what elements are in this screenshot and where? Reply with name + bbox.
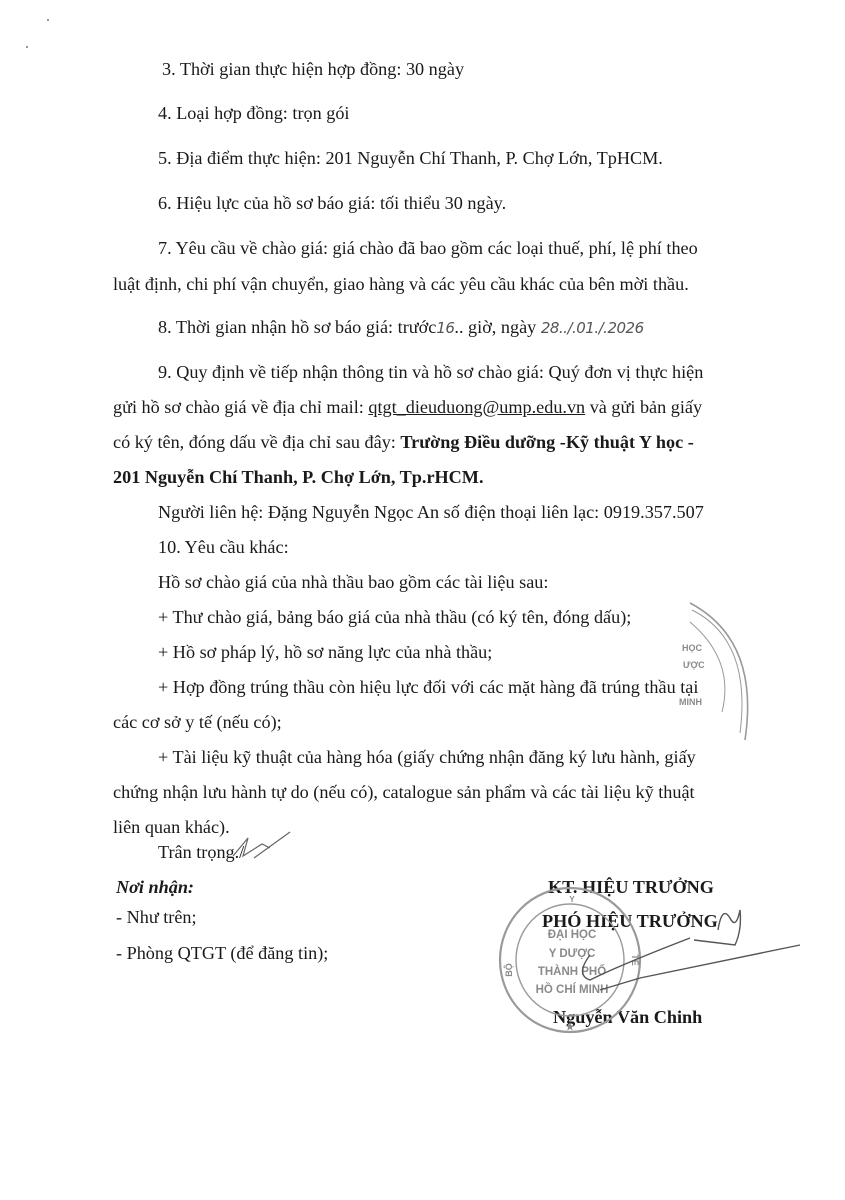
doc-item-4-line-1: + Tài liệu kỹ thuật của hàng hóa (giấy c… <box>158 746 696 768</box>
svg-text:HỒ CHÍ MINH: HỒ CHÍ MINH <box>536 983 609 996</box>
handwritten-year: 2026 <box>607 319 643 337</box>
item-9-line-2: gửi hồ sơ chào giá về địa chỉ mail: qtgt… <box>113 396 702 418</box>
contact-line: Người liên hệ: Đặng Nguyễn Ngọc An số đi… <box>158 501 704 523</box>
doc-item-2: + Hồ sơ pháp lý, hồ sơ năng lực của nhà … <box>158 641 492 663</box>
doc-item-4-line-3: liên quan khác). <box>113 816 230 838</box>
svg-text:MINH: MINH <box>679 697 702 707</box>
date-separator: ./. <box>594 319 607 337</box>
recipient-item: - Phòng QTGT (để đăng tin); <box>116 942 328 964</box>
svg-text:BỘ: BỘ <box>503 963 514 977</box>
doc-item-3-line-1: + Hợp đồng trúng thầu còn hiệu lực đối v… <box>158 676 698 698</box>
date-separator: ../. <box>559 319 576 337</box>
item-7-line-2: luật định, chi phí vận chuyển, giao hàng… <box>113 273 689 295</box>
docs-intro: Hồ sơ chào giá của nhà thầu bao gồm các … <box>158 571 548 593</box>
recipient-item: - Như trên; <box>116 906 197 928</box>
item-9-line-2-suffix: và gửi bản giấy <box>585 397 702 417</box>
item-5: 5. Địa điểm thực hiện: 201 Nguyễn Chí Th… <box>158 147 663 169</box>
item-10: 10. Yêu cầu khác: <box>158 536 289 558</box>
svg-text:ƯỢC: ƯỢC <box>683 660 705 670</box>
item-4: 4. Loại hợp đồng: trọn gói <box>158 102 349 124</box>
item-6: 6. Hiệu lực của hồ sơ báo giá: tối thiểu… <box>158 192 506 214</box>
item-7-line-1: 7. Yêu cầu về chào giá: giá chào đã bao … <box>158 237 698 259</box>
svg-text:HỌC: HỌC <box>682 643 703 653</box>
item-3: 3. Thời gian thực hiện hợp đồng: 30 ngày <box>162 58 464 80</box>
svg-text:TẾ: TẾ <box>630 954 640 966</box>
handwritten-hour: 16 <box>436 319 454 337</box>
svg-text:THÀNH PHỐ: THÀNH PHỐ <box>538 964 606 978</box>
item-8: 8. Thời gian nhận hồ sơ báo giá: trước16… <box>158 316 644 339</box>
handwritten-month: 01 <box>576 319 594 337</box>
doc-item-1: + Thư chào giá, bảng báo giá của nhà thầ… <box>158 606 631 628</box>
doc-item-4-line-2: chứng nhận lưu hành tự do (nếu có), cata… <box>113 781 695 803</box>
scan-speck <box>26 46 28 48</box>
school-address: 201 Nguyễn Chí Thanh, P. Chợ Lớn, Tp.rHC… <box>113 466 484 488</box>
school-name: Trường Điều dưỡng -Kỹ thuật Y học - <box>400 432 693 452</box>
item-9-line-3-prefix: có ký tên, đóng dấu về địa chỉ sau đây: <box>113 432 400 452</box>
partial-stamp <box>690 603 748 740</box>
closing: Trân trọng./ <box>158 841 244 863</box>
item-8-prefix: 8. Thời gian nhận hồ sơ báo giá: trước <box>158 317 436 337</box>
stamps-and-signatures: HỌC ƯỢC MINH ĐẠI HỌC Y DƯỢC THÀNH PHỐ HỒ… <box>0 0 845 1200</box>
doc-item-3-line-2: các cơ sở y tế (nếu có); <box>113 711 282 733</box>
item-8-mid: .. giờ, ngày <box>454 317 540 337</box>
item-9-line-2-prefix: gửi hồ sơ chào giá về địa chỉ mail: <box>113 397 368 417</box>
signature-title-2: PHÓ HIỆU TRƯỞNG <box>542 910 718 932</box>
recipients-heading: Nơi nhận: <box>116 876 194 898</box>
item-9-line-3: có ký tên, đóng dấu về địa chỉ sau đây: … <box>113 431 694 453</box>
svg-text:Y DƯỢC: Y DƯỢC <box>549 948 596 960</box>
handwritten-day: 28 <box>541 319 559 337</box>
signature-title-1: KT. HIỆU TRƯỞNG <box>548 876 714 898</box>
email-link[interactable]: qtgt_dieuduong@ump.edu.vn <box>368 397 585 417</box>
scan-speck <box>47 19 49 21</box>
item-9-line-1: 9. Quy định về tiếp nhận thông tin và hồ… <box>158 361 703 383</box>
signer-name: Nguyễn Văn Chinh <box>553 1006 702 1028</box>
